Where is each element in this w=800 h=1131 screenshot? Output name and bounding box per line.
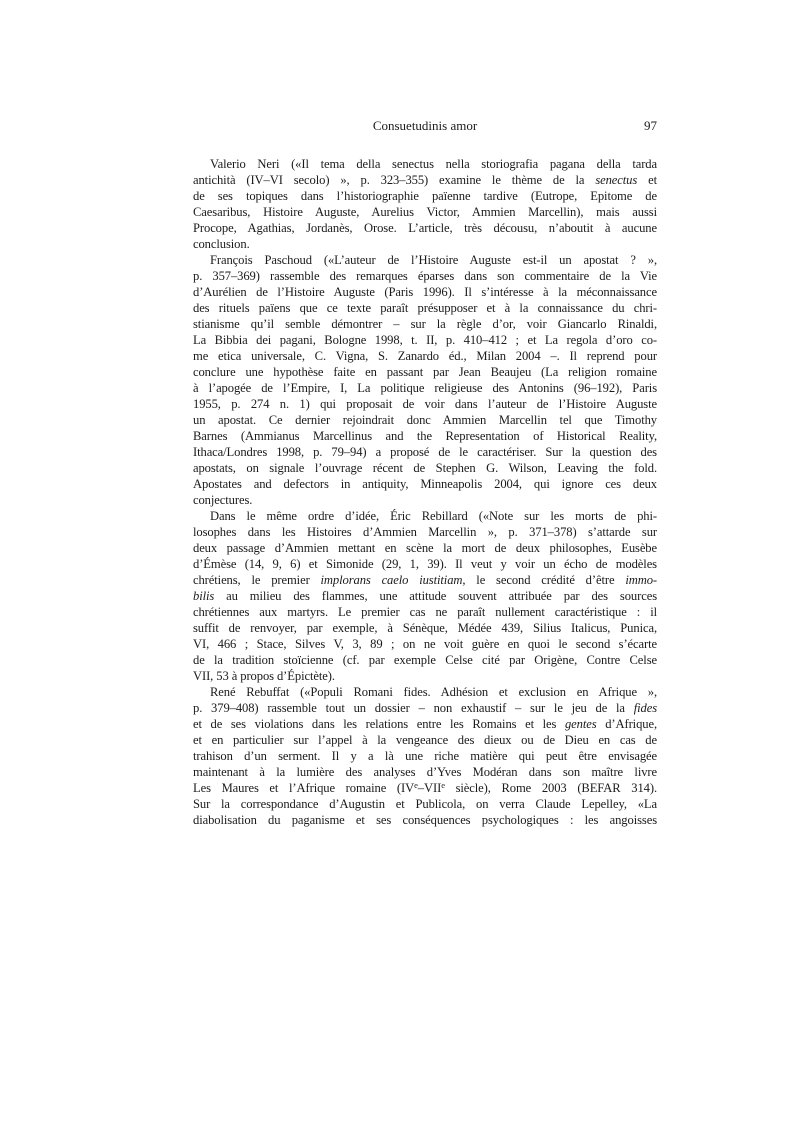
page-number: 97: [644, 118, 657, 134]
text-line: Procope, Agathias, Jordanès, Orose. L’ar…: [193, 220, 657, 236]
text-line: La Bibbia dei pagani, Bologne 1998, t. I…: [193, 332, 657, 348]
text-line: un apostat. Ce dernier rejoindrait donc …: [193, 412, 657, 428]
text-line: Dans le même ordre d’idée, Éric Rebillar…: [193, 508, 657, 524]
text-line: losophes dans les Histoires d’Ammien Mar…: [193, 524, 657, 540]
text-line: stianisme qu’il semble démontrer – sur l…: [193, 316, 657, 332]
text-line: Barnes (Ammianus Marcellinus and the Rep…: [193, 428, 657, 444]
text-line: Apostates and defectors in antiquity, Mi…: [193, 476, 657, 492]
text-line: Valerio Neri («Il tema della senectus ne…: [193, 156, 657, 172]
text-line: et en particulier sur l’appel à la venge…: [193, 732, 657, 748]
running-head-title: Consuetudinis amor: [193, 118, 657, 134]
text-line: de ses topiques dans l’historiographie p…: [193, 188, 657, 204]
text-line: de la tradition stoïcienne (cf. par exem…: [193, 652, 657, 668]
text-line: conjectures.: [193, 492, 657, 508]
document-page: Consuetudinis amor 97 Valerio Neri («Il …: [0, 0, 800, 1131]
text-line: à l’apogée de l’Empire, I, La politique …: [193, 380, 657, 396]
text-line: deux passage d’Ammien mettant en scène l…: [193, 540, 657, 556]
text-line: des rituels païens que ce texte paraît p…: [193, 300, 657, 316]
text-line: Ithaca/Londres 1998, p. 79–94) a proposé…: [193, 444, 657, 460]
text-line: d’Émèse (14, 9, 6) et Simonide (29, 1, 3…: [193, 556, 657, 572]
text-line: p. 357–369) rassemble des remarques épar…: [193, 268, 657, 284]
text-line: 1955, p. 274 n. 1) qui proposait de voir…: [193, 396, 657, 412]
text-line: suffit de renvoyer, par exemple, à Sénèq…: [193, 620, 657, 636]
text-line: François Paschoud («L’auteur de l’Histoi…: [193, 252, 657, 268]
text-line: Caesaribus, Histoire Auguste, Aurelius V…: [193, 204, 657, 220]
text-line: chrétiennes aux martyrs. Le premier cas …: [193, 604, 657, 620]
text-line: apostats, on signale l’ouvrage récent de…: [193, 460, 657, 476]
text-line: et de ses violations dans les relations …: [193, 716, 657, 732]
text-line: p. 379–408) rassemble tout un dossier – …: [193, 700, 657, 716]
text-line: conclure une hypothèse faite en passant …: [193, 364, 657, 380]
text-line: conclusion.: [193, 236, 657, 252]
text-line: me etica universale, C. Vigna, S. Zanard…: [193, 348, 657, 364]
text-line: d’Aurélien de l’Histoire Auguste (Paris …: [193, 284, 657, 300]
text-line: maintenant à la lumière des analyses d’Y…: [193, 764, 657, 780]
text-line: chrétiens, le premier implorans caelo iu…: [193, 572, 657, 588]
text-line: VI, 466 ; Stace, Silves V, 3, 89 ; on ne…: [193, 636, 657, 652]
text-line: antichità (IV–VI secolo) », p. 323–355) …: [193, 172, 657, 188]
text-line: diabolisation du paganisme et ses conséq…: [193, 812, 657, 828]
text-line: Sur la correspondance d’Augustin et Publ…: [193, 796, 657, 812]
text-line: trahison d’un serment. Il y a là une ric…: [193, 748, 657, 764]
text-block: Valerio Neri («Il tema della senectus ne…: [193, 156, 657, 828]
running-head: Consuetudinis amor 97: [193, 118, 657, 134]
text-line: bilis au milieu des flammes, une attitud…: [193, 588, 657, 604]
text-line: Les Maures et l’Afrique romaine (IVe–VII…: [193, 780, 657, 796]
text-line: René Rebuffat («Populi Romani fides. Adh…: [193, 684, 657, 700]
text-line: VII, 53 à propos d’Épictète).: [193, 668, 657, 684]
